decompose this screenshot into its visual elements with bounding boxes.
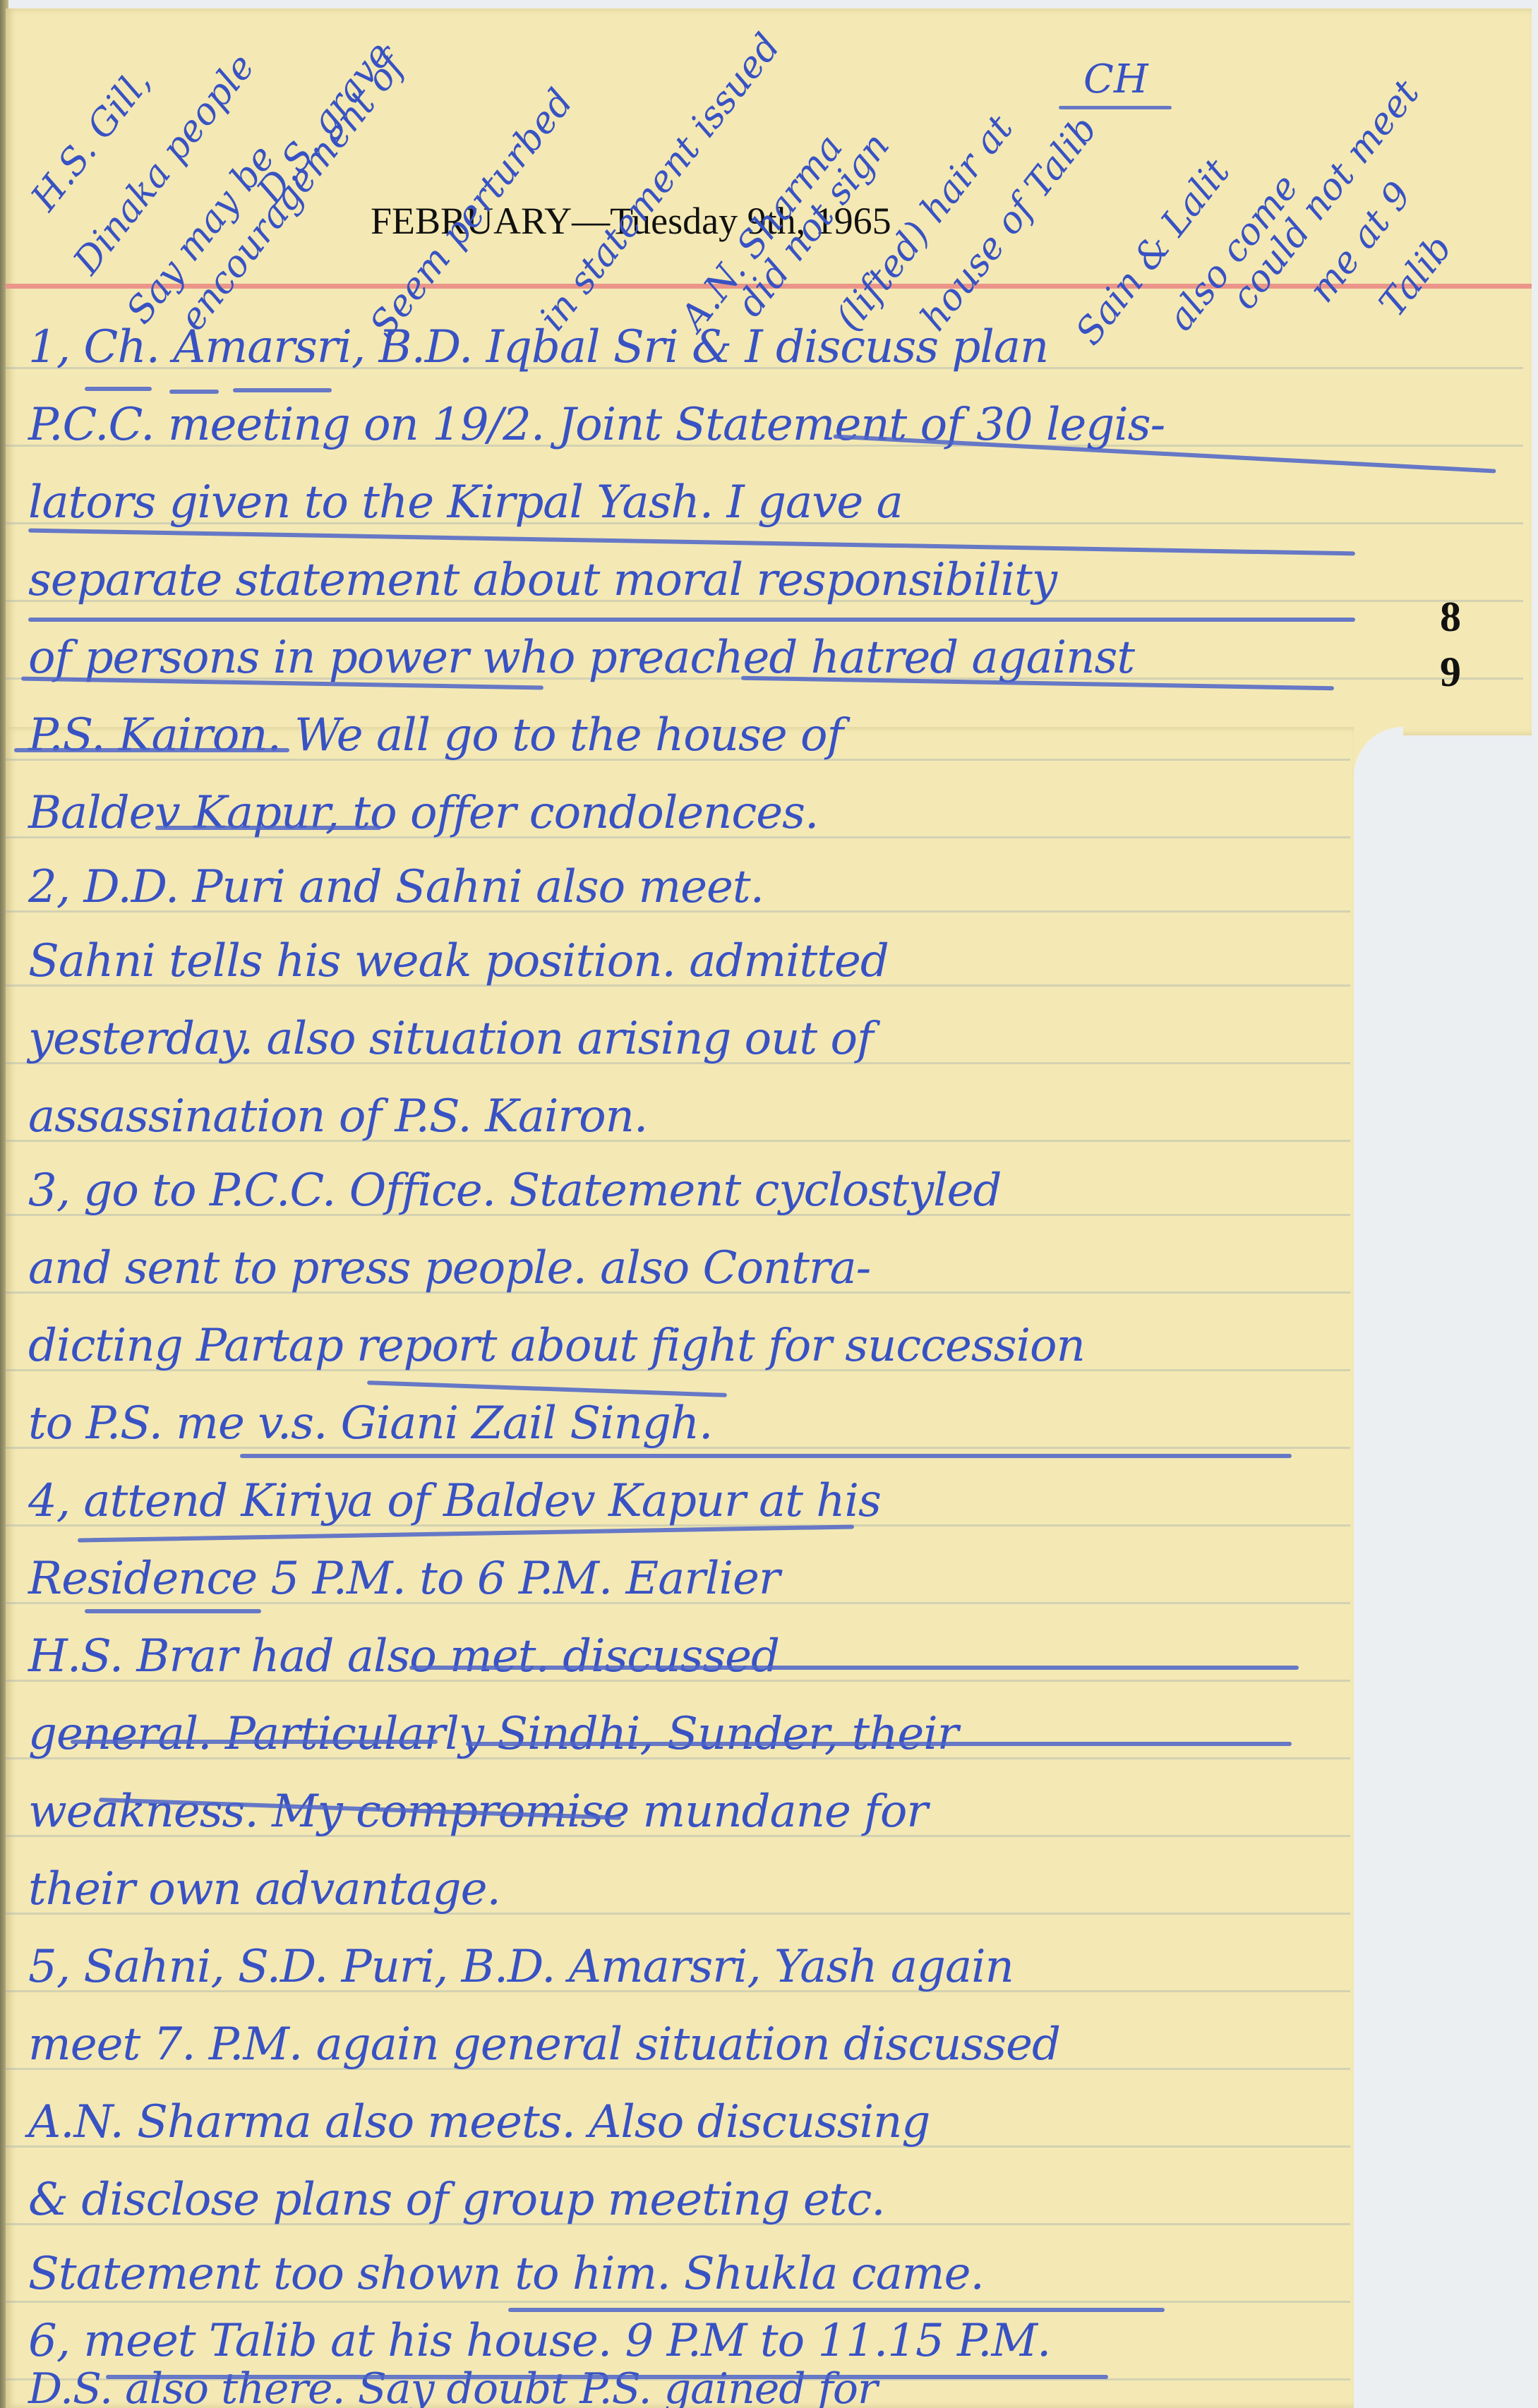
diary-line: separate statement about moral responsib… (28, 554, 1057, 606)
ink-underline (409, 1666, 1299, 1670)
diary-line: assassination of P.S. Kairon. (28, 1090, 647, 1143)
diary-line: of persons in power who preached hatred … (28, 632, 1134, 684)
ink-underline (28, 618, 1355, 622)
diary-line: P.S. Kairon. We all go to the house of (28, 709, 843, 761)
diary-line: meet 7. P.M. again general situation dis… (28, 2018, 1060, 2071)
ink-underline (240, 1454, 1292, 1458)
ink-underline (233, 388, 332, 392)
diary-line: 4, attend Kiriya of Baldev Kapur at his (28, 1475, 881, 1527)
ink-underline (14, 748, 289, 752)
diary-line: lators given to the Kirpal Yash. I gave … (28, 476, 903, 529)
diary-line: yesterday. also situation arising out of (28, 1013, 873, 1065)
diary-line: & disclose plans of group meeting etc. (28, 2174, 885, 2226)
diary-line: their own advantage. (28, 1863, 500, 1915)
ink-underline (169, 390, 219, 394)
diary-line: 2, D.D. Puri and Sahni also meet. (28, 861, 764, 913)
diary-line: general. Particularly Sindhi, Sunder, th… (28, 1708, 958, 1760)
ch-underline (1059, 106, 1172, 109)
diary-line: to P.S. me v.s. Giani Zail Singh. (28, 1397, 712, 1450)
diary-line: A.N. Sharma also meets. Also discussing (28, 2096, 930, 2148)
diary-line: Residence 5 P.M. to 6 P.M. Earlier (28, 1553, 779, 1605)
ruled-line (6, 2301, 1350, 2303)
ink-underline (106, 2375, 1108, 2379)
ink-underline (508, 2308, 1165, 2312)
diary-line: H.S. Brar had also met. discussed (28, 1630, 779, 1682)
ink-underline (85, 1609, 261, 1613)
diary-line: Baldev Kapur, to offer condolences. (28, 787, 818, 839)
diary-line: and sent to press people. also Contra- (28, 1242, 870, 1294)
margin-note-ch: CH (1083, 56, 1148, 102)
ink-underline (466, 1742, 1292, 1746)
diary-line: 1, Ch. Amarsri, B.D. Iqbal Sri & I discu… (28, 321, 1048, 373)
diary-line: dicting Partap report about fight for su… (28, 1320, 1085, 1372)
diary-line: 5, Sahni, S.D. Puri, B.D. Amarsri, Yash … (28, 1941, 1014, 1993)
page-number-left: 8 (1440, 593, 1461, 642)
diary-line: 6, meet Talib at his house. 9 P.M to 11.… (28, 2315, 1050, 2367)
page-number-right: 9 (1440, 648, 1461, 697)
ink-underline (71, 1740, 438, 1744)
diary-line: D.S. also there. Say doubt P.S. gained f… (28, 2364, 877, 2408)
diary-line: Statement too shown to him. Shukla came. (28, 2248, 984, 2300)
ink-underline (85, 387, 152, 391)
diary-line: Sahni tells his weak position. admitted (28, 935, 889, 987)
ink-underline (155, 826, 381, 830)
diary-line: 3, go to P.C.C. Office. Statement cyclos… (28, 1164, 1001, 1217)
